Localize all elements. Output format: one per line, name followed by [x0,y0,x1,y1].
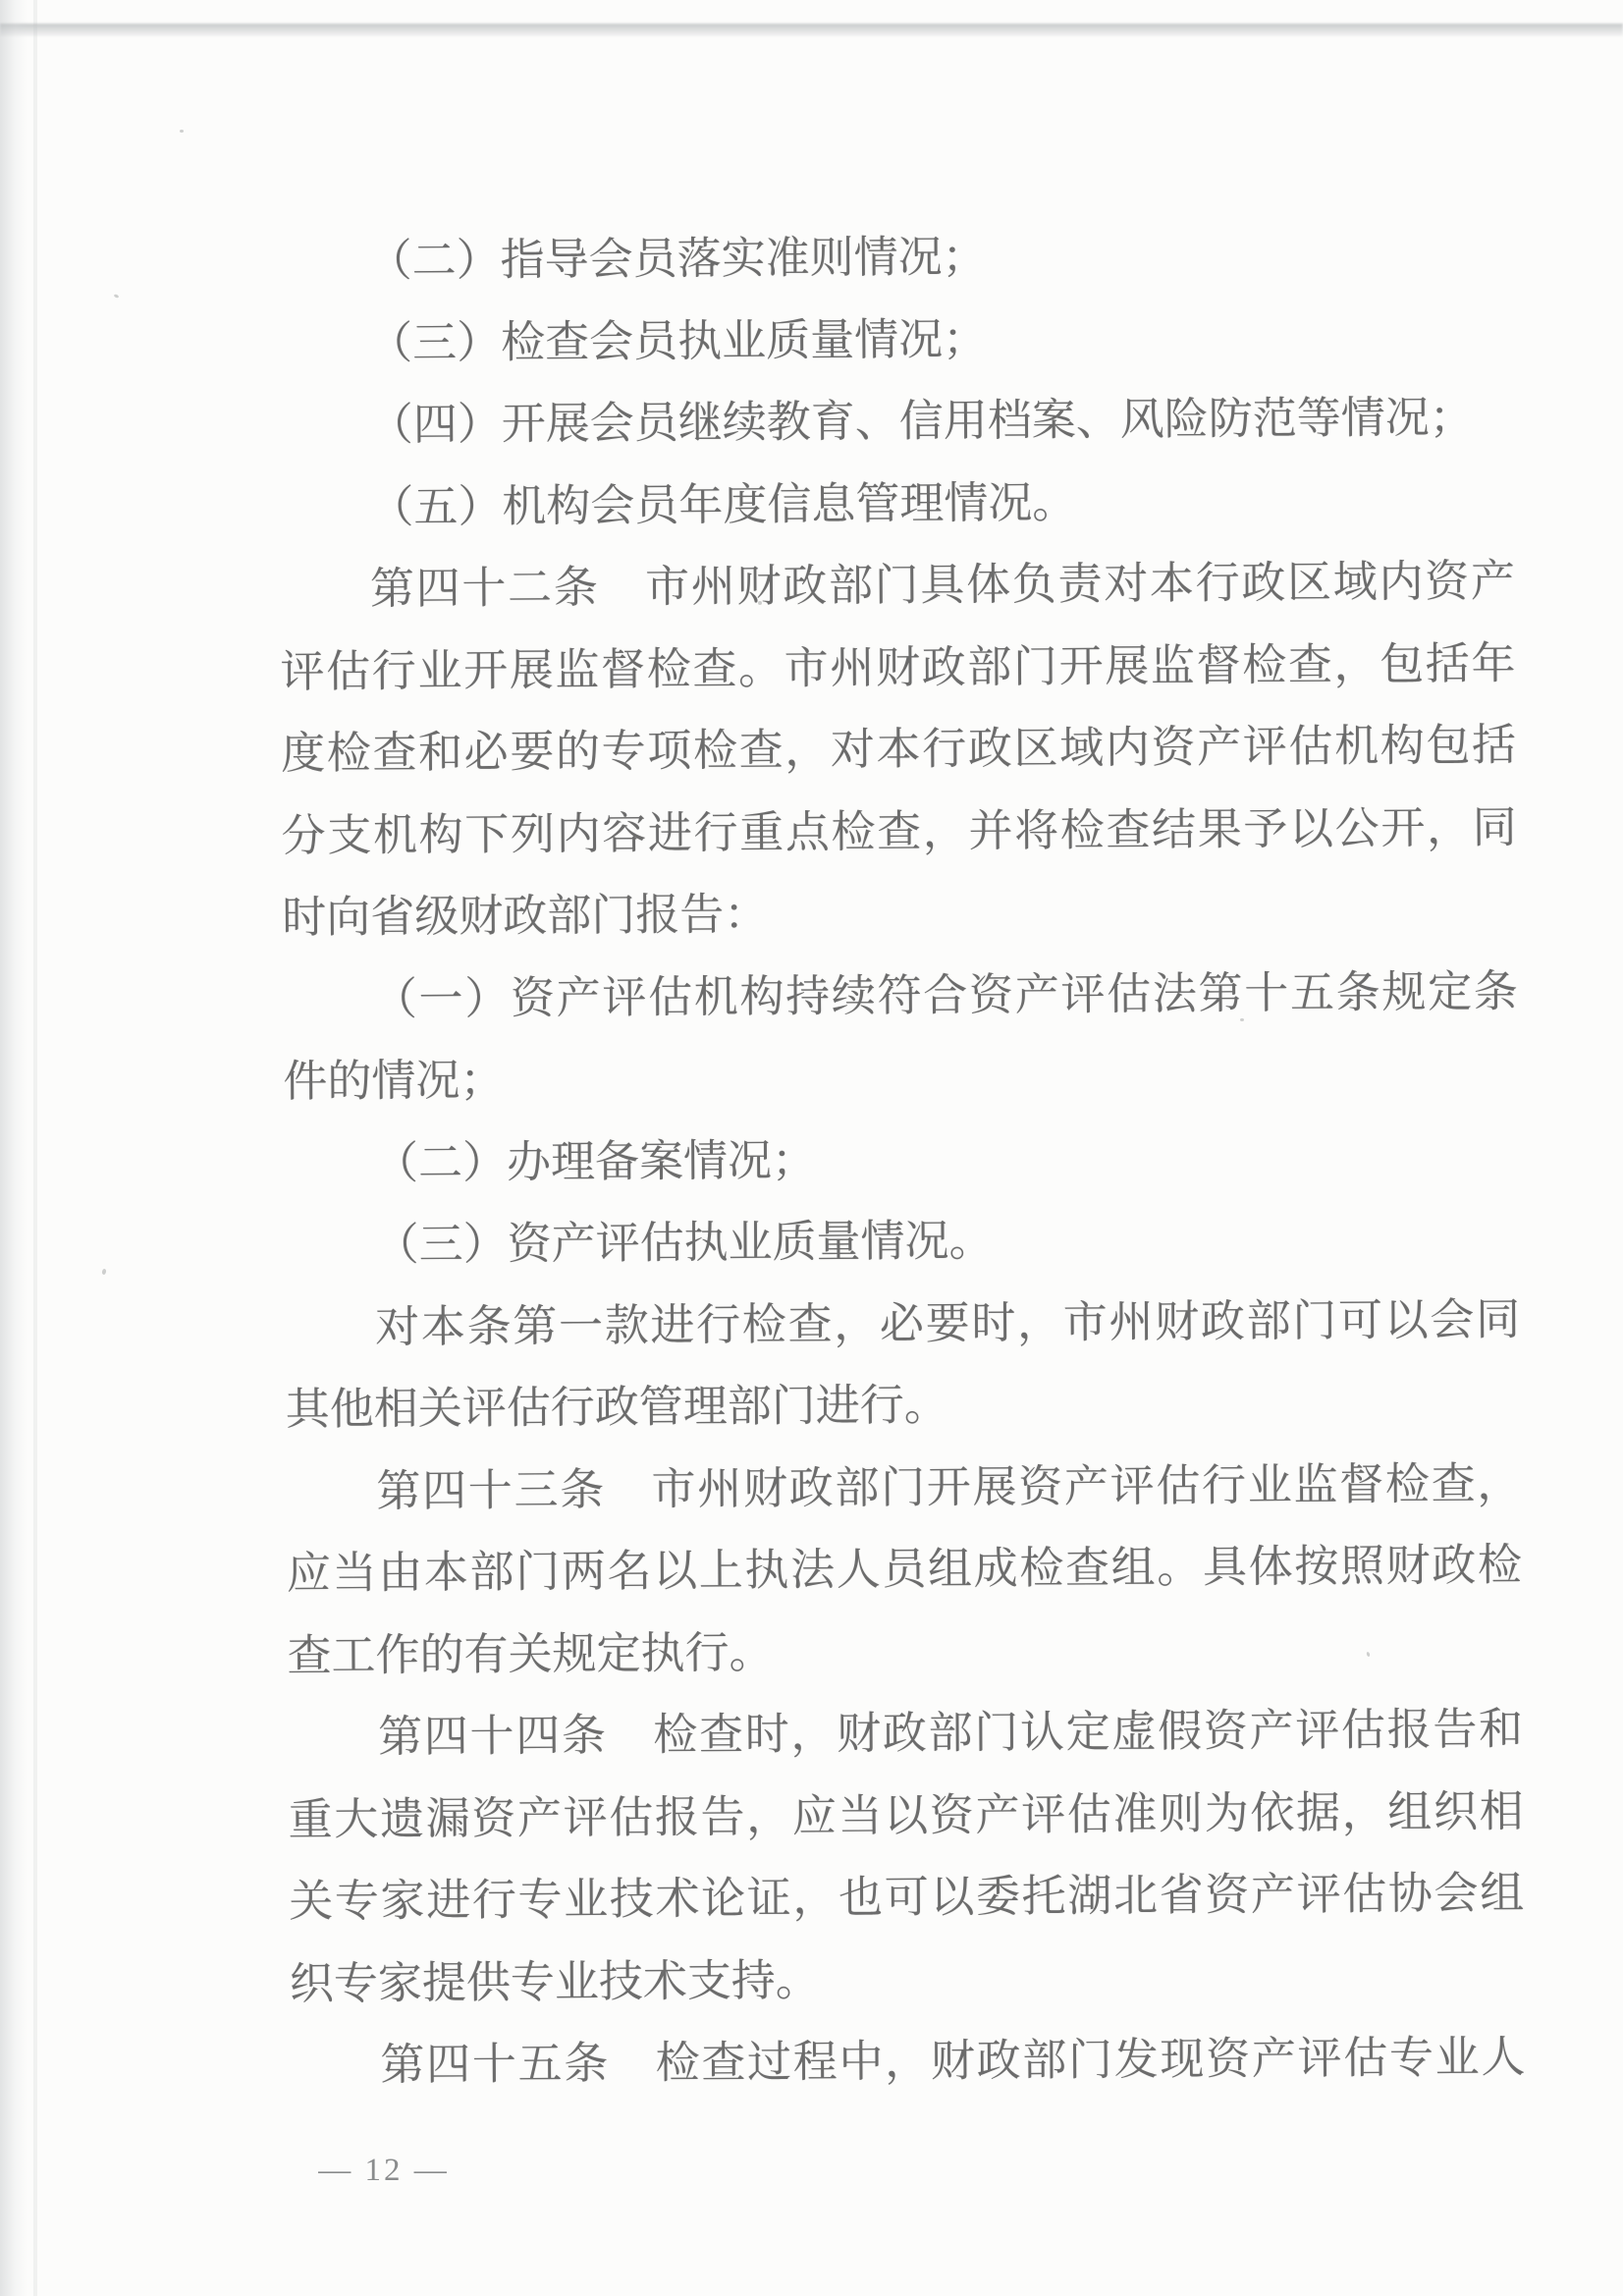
scan-edge-top-artifact [0,24,1623,36]
text-line: 分支机构下列内容进行重点检查，并将检查结果予以公开，同 [281,787,1517,877]
scan-edge-left-artifact [0,0,27,2296]
text-line: 第四十三条 市州财政部门开展资产评估行业监督检查， [286,1443,1522,1533]
text-line: 关专家进行专业技术论证，也可以委托湖北省资产评估协会组 [289,1853,1525,1943]
text-line: 其他相关评估行政管理部门进行。 [285,1361,1521,1451]
text-line: （四）开展会员继续教育、信用档案、风险防范等情况； [278,377,1514,467]
text-line: （二）指导会员落实准则情况； [277,213,1513,303]
text-line: 织专家提供专业技术支持。 [290,1935,1526,2025]
scan-speck [180,130,184,133]
document-page: （二）指导会员落实准则情况；（三）检查会员执业质量情况；（四）开展会员继续教育、… [0,0,1623,2296]
text-line: （一）资产评估机构持续符合资产评估法第十五条规定条 [283,951,1519,1041]
document-body: （二）指导会员落实准则情况；（三）检查会员执业质量情况；（四）开展会员继续教育、… [277,213,1525,2107]
text-line: 第四十五条 检查过程中，财政部门发现资产评估专业人 [290,2017,1526,2107]
text-line: （五）机构会员年度信息管理情况。 [279,459,1515,549]
scan-speck [101,1269,106,1276]
text-line: 对本条第一款进行检查，必要时，市州财政部门可以会同 [285,1279,1521,1369]
text-line: 应当由本部门两名以上执法人员组成检查组。具体按照财政检 [287,1525,1523,1615]
scan-speck [114,294,120,299]
text-line: （二）办理备案情况； [284,1115,1520,1205]
text-line: （三）检查会员执业质量情况； [278,295,1514,385]
text-line: 评估行业开展监督检查。市州财政部门开展监督检查，包括年 [280,623,1516,713]
text-line: 度检查和必要的专项检查，对本行政区域内资产评估机构包括 [281,705,1517,795]
text-line: 重大遗漏资产评估报告，应当以资产评估准则为依据，组织相 [288,1771,1524,1861]
text-line: 第四十四条 检查时，财政部门认定虚假资产评估报告和 [288,1689,1524,1779]
page-number: — 12 — [300,2153,467,2189]
text-line: （三）资产评估执业质量情况。 [284,1197,1520,1287]
scan-streak-artifact [33,0,37,2296]
text-line: 第四十二条 市州财政部门具体负责对本行政区域内资产 [280,541,1516,631]
text-line: 件的情况； [283,1033,1519,1123]
text-line: 查工作的有关规定执行。 [287,1607,1523,1697]
text-line: 时向省级财政部门报告： [282,869,1518,959]
